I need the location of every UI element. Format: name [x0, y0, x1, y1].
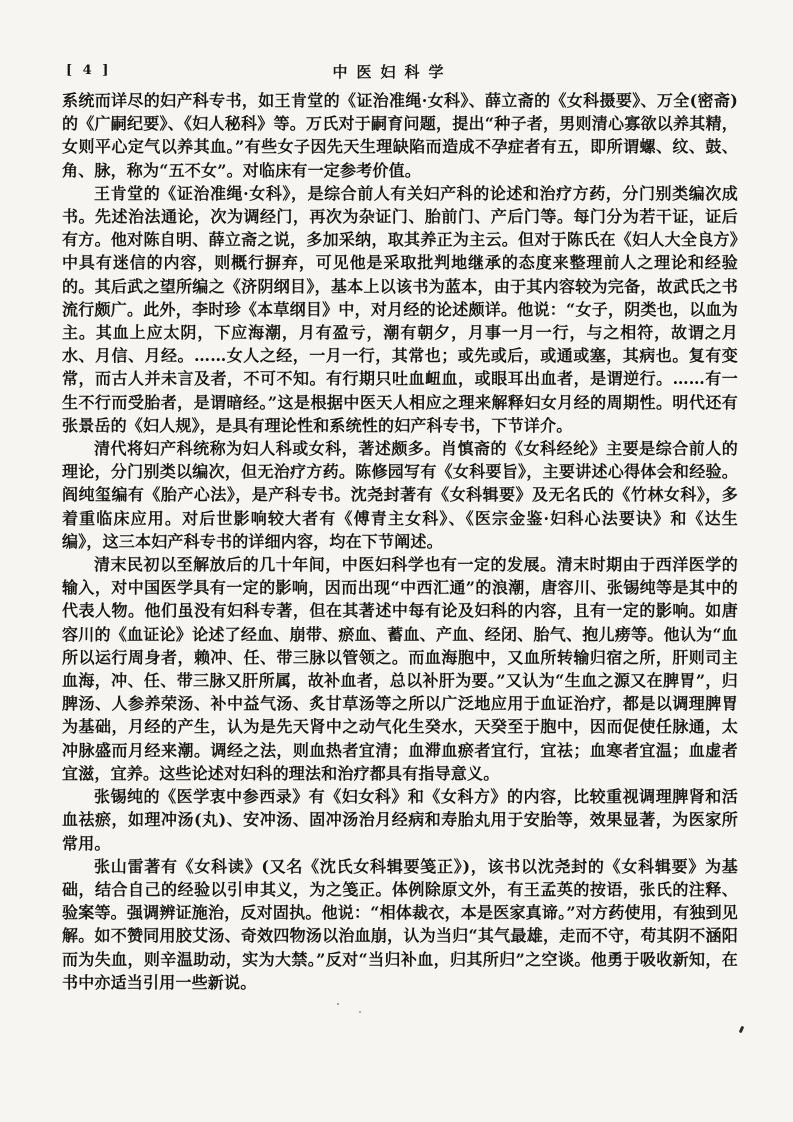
paragraph: 张山雷著有《女科读》(又名《沈氏女科辑要笺正》)，该书以沈尧封的《女科辑要》为基… — [62, 855, 738, 994]
running-header: [ 4 ] 中医妇科学 — [62, 61, 738, 83]
book-title: 中医妇科学 — [50, 61, 726, 82]
paragraph: 王肯堂的《证治准绳·女科》，是综合前人有关妇产科的论述和治疗方药，分门别类编次成… — [62, 182, 738, 437]
paragraph: 清代将妇产科统称为妇人科或女科，著述颇多。肖慎斋的《女科经纶》主要是综合前人的理… — [62, 437, 738, 553]
scan-speck — [337, 1003, 339, 1005]
book-page: [ 4 ] 中医妇科学 系统而详尽的妇产科专书，如王肯堂的《证治准绳·女科》、薛… — [0, 0, 793, 1122]
page-body: 系统而详尽的妇产科专书，如王肯堂的《证治准绳·女科》、薛立斋的《女科摄要》、万全… — [62, 89, 738, 994]
scan-speck — [359, 1011, 361, 1013]
paragraph: 张锡纯的《医学衷中参西录》有《妇女科》和《女科方》的内容，比较重视调理脾肾和活血… — [62, 785, 738, 855]
paragraph-continuation: 系统而详尽的妇产科专书，如王肯堂的《证治准绳·女科》、薛立斋的《女科摄要》、万全… — [62, 89, 738, 182]
scan-speck — [739, 1026, 745, 1034]
paragraph: 清末民初以至解放后的几十年间，中医妇科学也有一定的发展。清末时期由于西洋医学的输… — [62, 553, 738, 785]
